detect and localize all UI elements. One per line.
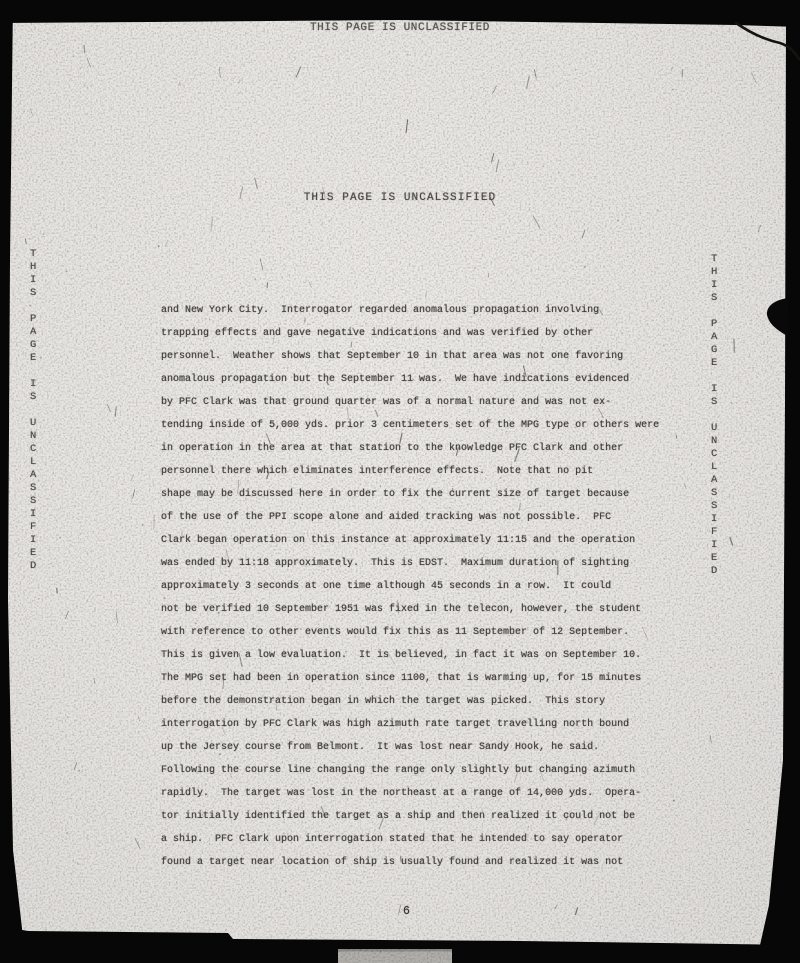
scan-blotch (767, 298, 789, 337)
scan-frame (0, 0, 800, 963)
next-page-sliver-edge (338, 949, 452, 952)
scan-border-left (0, 0, 26, 963)
scan-border-right (756, 16, 800, 963)
scanned-document-page: THIS PAGE IS UNCLASSIFIED THIS PAGE IS U… (0, 0, 800, 963)
scan-border-top (0, 0, 800, 27)
